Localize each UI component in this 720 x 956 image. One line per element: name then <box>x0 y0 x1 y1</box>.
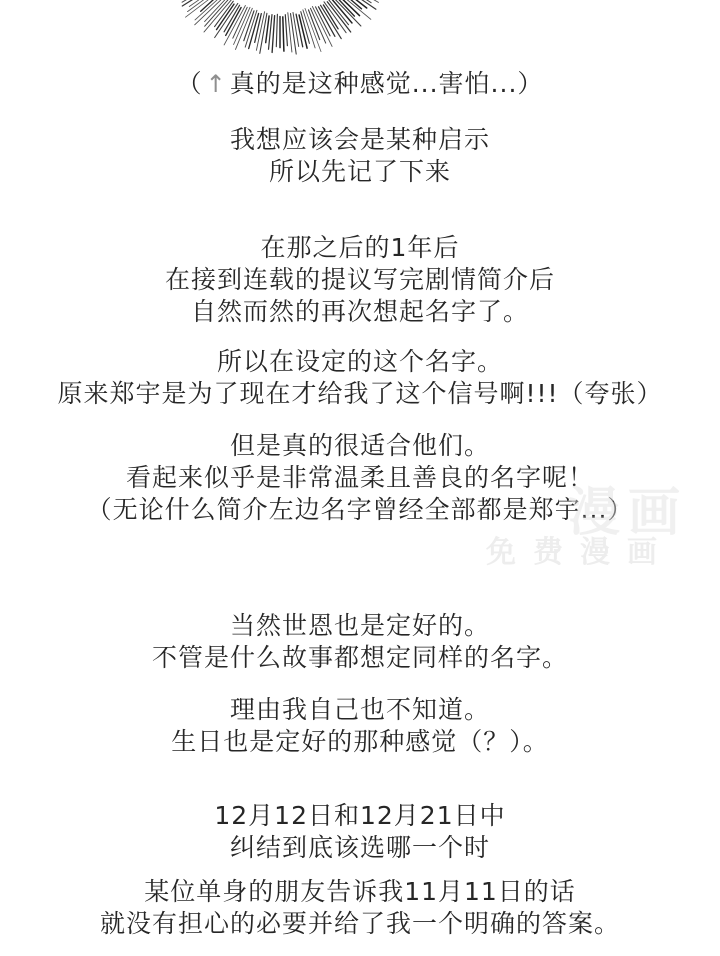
caption-paragraph-8: 某位单身的朋友告诉我11月11日的话 就没有担心的必要并给了我一个明确的答案。 <box>0 876 720 940</box>
caption-line: 就没有担心的必要并给了我一个明确的答案。 <box>0 908 720 940</box>
watermark-free-manhua: 免费漫画 <box>486 527 674 571</box>
caption-paragraph-2: 在那之后的1年后 在接到连载的提议写完剧情简介后 自然而然的再次想起名字了。 <box>0 232 720 328</box>
caption-line: 某位单身的朋友告诉我11月11日的话 <box>0 876 720 908</box>
caption-paragraph-6: 理由我自己也不知道。 生日也是定好的那种感觉（？）。 <box>0 694 720 758</box>
caption-paragraph-5: 当然世恩也是定好的。 不管是什么故事都想定同样的名字。 <box>0 610 720 674</box>
caption-line: 自然而然的再次想起名字了。 <box>0 296 720 328</box>
intro-open-paren: （ <box>177 69 203 98</box>
intro-text: 真的是这种感觉...害怕...） <box>230 69 544 98</box>
caption-line: （↑真的是这种感觉...害怕...） <box>0 68 720 100</box>
caption-line: 12月12日和12月21日中 <box>0 800 720 832</box>
caption-intro: （↑真的是这种感觉...害怕...） <box>0 68 720 100</box>
caption-paragraph-7: 12月12日和12月21日中 纠结到底该选哪一个时 <box>0 800 720 864</box>
caption-line: 理由我自己也不知道。 <box>0 694 720 726</box>
caption-line: 但是真的很适合他们。 <box>0 430 720 462</box>
caption-line: 所以在设定的这个名字。 <box>0 346 720 378</box>
caption-paragraph-1: 我想应该会是某种启示 所以先记了下来 <box>0 124 720 188</box>
caption-line: 当然世恩也是定好的。 <box>0 610 720 642</box>
caption-line: 我想应该会是某种启示 <box>0 124 720 156</box>
caption-line: 生日也是定好的那种感觉（？）。 <box>0 726 720 758</box>
caption-line: 原来郑宇是为了现在才给我了这个信号啊!!!（夸张） <box>0 378 720 410</box>
caption-line: 所以先记了下来 <box>0 156 720 188</box>
up-arrow-icon: ↑ <box>206 70 227 98</box>
comic-afterword-page: （↑真的是这种感觉...害怕...） 我想应该会是某种启示 所以先记了下来 在那… <box>0 0 720 956</box>
caption-paragraph-3: 所以在设定的这个名字。 原来郑宇是为了现在才给我了这个信号啊!!!（夸张） <box>0 346 720 410</box>
caption-line: 纠结到底该选哪一个时 <box>0 832 720 864</box>
caption-line: 在那之后的1年后 <box>0 232 720 264</box>
caption-line: 在接到连载的提议写完剧情简介后 <box>0 264 720 296</box>
caption-line: 不管是什么故事都想定同样的名字。 <box>0 642 720 674</box>
